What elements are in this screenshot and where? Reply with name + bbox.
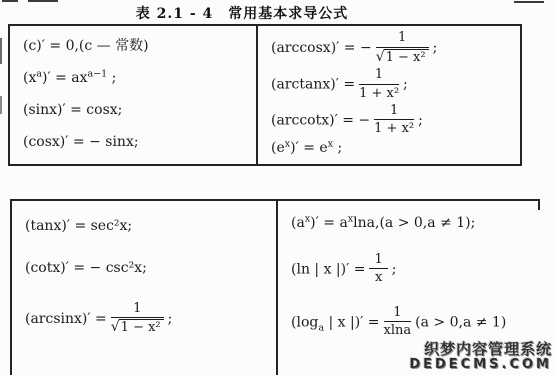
formula-cot: (cotx)′ = − csc²x; bbox=[25, 260, 272, 277]
fraction-numerator: 1 bbox=[111, 302, 164, 318]
scan-artifact bbox=[2, 0, 18, 2]
formula-cos: (cosx)′ = − sinx; bbox=[23, 134, 252, 151]
fraction: 1x bbox=[369, 253, 387, 286]
formula-text: ; bbox=[107, 70, 116, 86]
fraction-numerator: 1 bbox=[374, 104, 414, 120]
formula-text: | x |)′ = bbox=[324, 314, 380, 330]
radicand: 1 − x² bbox=[384, 49, 429, 66]
formula-text: (arccosx)′ = − bbox=[271, 40, 372, 56]
formula-text: (arcsinx)′ = bbox=[25, 311, 107, 327]
fraction-denominator: x bbox=[369, 269, 387, 286]
scanned-textbook-page: 表 2.1 - 4 常用基本求导公式 (c)′ = 0,(c — 常数) (xa… bbox=[0, 0, 556, 375]
formula-exp: (ex)′ = ex ; bbox=[271, 140, 516, 157]
formula-text: ; bbox=[433, 40, 438, 56]
formula-text: ; bbox=[392, 261, 397, 277]
formula-arccos: (arccosx)′ = −1√1 − x²; bbox=[271, 31, 516, 65]
formula-text: )′ = e bbox=[290, 140, 328, 156]
formula-text: lna,(a > 0,a ≠ 1); bbox=[353, 215, 475, 231]
top-table-left-column: (c)′ = 0,(c — 常数) (xa)′ = axa−1 ; (sinx)… bbox=[10, 26, 258, 164]
formula-arctan: (arctanx)′ =11 + x²; bbox=[271, 68, 516, 101]
watermark: 织梦内容管理系统 DEDECMS.COM bbox=[409, 341, 552, 373]
fraction-denominator: 1 + x² bbox=[374, 120, 414, 137]
scan-artifact bbox=[28, 0, 58, 2]
fraction-numerator: 1 bbox=[376, 31, 429, 47]
fraction: 1√1 − x² bbox=[376, 31, 429, 65]
formula-text: )′ = ax bbox=[42, 70, 88, 86]
fraction: 1xlna bbox=[384, 306, 412, 339]
fraction-denominator: √1 − x² bbox=[111, 318, 164, 336]
watermark-domain-text: DEDECMS.COM bbox=[409, 357, 552, 373]
watermark-chinese-text: 织梦内容管理系统 bbox=[409, 341, 552, 358]
fraction-denominator: 1 + x² bbox=[359, 85, 399, 102]
formula-text: ; bbox=[418, 113, 423, 129]
scan-artifact bbox=[0, 96, 2, 114]
formula-tan: (tanx)′ = sec²x; bbox=[25, 218, 272, 235]
scan-artifact bbox=[538, 201, 540, 210]
radicand: 1 − x² bbox=[119, 319, 164, 336]
fraction-numerator: 1 bbox=[369, 253, 387, 269]
exponent: a−1 bbox=[88, 68, 108, 79]
formula-text: (arctanx)′ = bbox=[271, 77, 355, 93]
formula-text: ; bbox=[403, 77, 408, 93]
top-table-right-column: (arccosx)′ = −1√1 − x²; (arctanx)′ =11 +… bbox=[258, 26, 520, 164]
fraction-denominator: xlna bbox=[384, 322, 412, 339]
formula-arcsin: (arcsinx)′ =1√1 − x²; bbox=[25, 302, 272, 336]
fraction: 11 + x² bbox=[359, 68, 399, 101]
formula-arccot: (arccotx)′ = −11 + x²; bbox=[271, 104, 516, 137]
formula-ln: (ln | x |)′ =1x; bbox=[291, 253, 536, 286]
formula-sin: (sinx)′ = cosx; bbox=[23, 102, 252, 119]
bottom-table-left-column: (tanx)′ = sec²x; (cotx)′ = − csc²x; (arc… bbox=[12, 201, 278, 375]
formula-text: )′ = a bbox=[310, 215, 348, 231]
formula-a-power: (ax)′ = axlna,(a > 0,a ≠ 1); bbox=[291, 215, 536, 232]
fraction: 11 + x² bbox=[374, 104, 414, 137]
formula-text: (arccotx)′ = − bbox=[271, 113, 370, 129]
formula-text: (x bbox=[23, 70, 36, 86]
scan-artifact bbox=[0, 38, 2, 64]
formula-text: (a > 0,a ≠ 1) bbox=[415, 314, 506, 330]
formula-text: ; bbox=[333, 140, 342, 156]
formula-text: (log bbox=[291, 314, 318, 330]
fraction: 1√1 − x² bbox=[111, 302, 164, 336]
formula-power: (xa)′ = axa−1 ; bbox=[23, 70, 252, 87]
formula-text: ; bbox=[168, 311, 173, 327]
fraction-numerator: 1 bbox=[384, 306, 412, 322]
formula-log: (loga | x |)′ =1xlna(a > 0,a ≠ 1) bbox=[291, 306, 536, 339]
formula-constant: (c)′ = 0,(c — 常数) bbox=[23, 38, 252, 55]
table-title: 表 2.1 - 4 常用基本求导公式 bbox=[0, 3, 556, 23]
derivative-table-top: (c)′ = 0,(c — 常数) (xa)′ = axa−1 ; (sinx)… bbox=[8, 24, 522, 166]
fraction-denominator: √1 − x² bbox=[376, 48, 429, 66]
formula-text: (a bbox=[291, 215, 305, 231]
formula-text: (ln | x |)′ = bbox=[291, 261, 365, 277]
formula-text: (e bbox=[271, 140, 285, 156]
fraction-numerator: 1 bbox=[359, 68, 399, 84]
